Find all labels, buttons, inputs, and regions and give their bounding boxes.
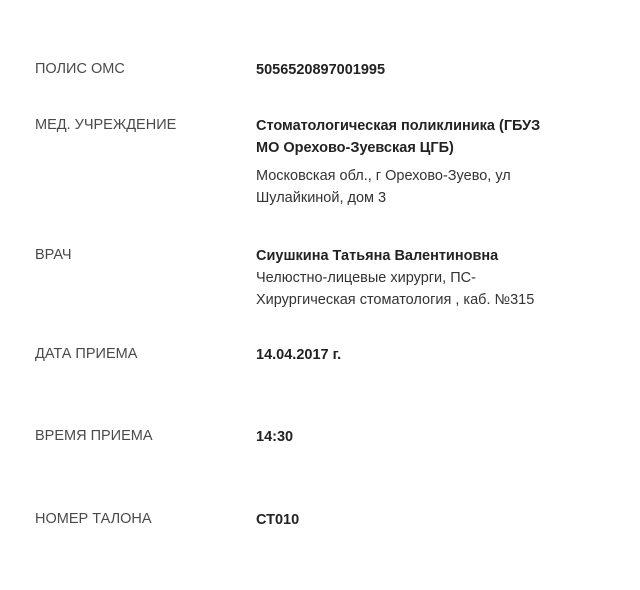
doctor-specialty-line-2: Хирургическая стоматология , каб. №315 xyxy=(256,289,586,311)
institution-address-line-2: Шулайкиной, дом 3 xyxy=(256,187,586,209)
institution-address-line-1: Московская обл., г Орехово-Зуево, ул xyxy=(256,165,586,187)
institution-label: МЕД. УЧРЕЖДЕНИЕ xyxy=(35,117,176,133)
policy-label: ПОЛИС ОМС xyxy=(35,61,125,77)
institution-name-line-1: Стоматологическая поликлиника (ГБУЗ xyxy=(256,115,586,137)
doctor-name: Сиушкина Татьяна Валентиновна xyxy=(256,245,586,267)
time-label: ВРЕМЯ ПРИЕМА xyxy=(35,428,153,444)
ticket-value: СТ010 xyxy=(256,509,586,531)
institution-name-line-2: МО Орехово-Зуевская ЦГБ) xyxy=(256,137,586,159)
doctor-specialty-line-1: Челюстно-лицевые хирурги, ПС- xyxy=(256,267,586,289)
appointment-details-card: ПОЛИС ОМС 5056520897001995 МЕД. УЧРЕЖДЕН… xyxy=(0,0,640,590)
ticket-label: НОМЕР ТАЛОНА xyxy=(35,511,152,527)
doctor-label: ВРАЧ xyxy=(35,247,72,263)
policy-value: 5056520897001995 xyxy=(256,59,586,81)
doctor-value: Сиушкина Татьяна Валентиновна Челюстно-л… xyxy=(256,245,586,311)
institution-value: Стоматологическая поликлиника (ГБУЗ МО О… xyxy=(256,115,586,209)
time-value: 14:30 xyxy=(256,426,586,448)
date-value: 14.04.2017 г. xyxy=(256,344,586,366)
date-label: ДАТА ПРИЕМА xyxy=(35,346,137,362)
